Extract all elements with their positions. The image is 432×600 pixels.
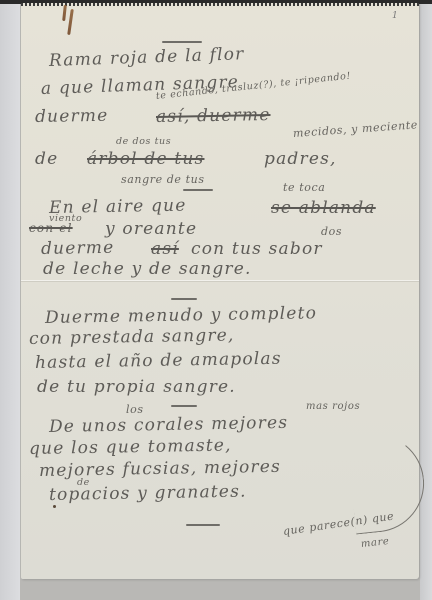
scan-right-margin — [420, 4, 432, 600]
struck-text: se ablanda — [271, 198, 376, 218]
insertion-note: de dos tus — [116, 136, 171, 147]
verse-line-end: padres, — [264, 149, 337, 169]
struck-text: con el — [29, 221, 73, 235]
insertion-note: te toca — [283, 181, 325, 194]
verse-line: topacios y granates. — [49, 482, 247, 505]
section-divider — [186, 524, 220, 526]
manuscript-page: 1 Rama roja de la flor a que llaman sang… — [21, 3, 419, 579]
struck-text: árbol de tus — [87, 149, 204, 169]
section-divider — [171, 405, 197, 407]
perforated-edge — [21, 3, 419, 6]
verse-line: de — [35, 149, 58, 169]
page-marker: 1 — [392, 11, 398, 21]
section-divider — [171, 298, 197, 300]
verse-line: mejores fucsias, mejores — [39, 457, 281, 481]
verse-line: hasta el año de amapolas — [35, 349, 282, 373]
verse-line: Duerme menudo y completo — [45, 303, 317, 328]
verse-line: De unos corales mejores — [49, 413, 289, 437]
insertion-note: mas rojos — [306, 401, 360, 412]
verse-line-end: con tus sabor — [191, 239, 323, 259]
verse-line: de leche y de sangre. — [43, 259, 252, 279]
verse-line: de tu propia sangre. — [37, 377, 236, 397]
verse-line: y oreante — [105, 219, 197, 239]
insertion-note: sangre de tus — [121, 173, 205, 186]
scan-left-margin — [0, 4, 20, 600]
margin-note: mare — [360, 536, 390, 550]
struck-text: así — [151, 239, 179, 259]
ink-spot — [53, 505, 56, 508]
verse-line: que los que tomaste, — [29, 435, 232, 459]
rust-stain — [67, 9, 74, 35]
verse-line: duerme — [35, 106, 109, 127]
section-divider — [183, 189, 213, 191]
verse-line: Rama roja de la flor — [49, 44, 245, 71]
insertion-note: los — [126, 403, 144, 416]
fold-line — [21, 280, 419, 281]
margin-insertion: mecidos, y meciente — [293, 118, 419, 140]
verse-line: duerme — [41, 238, 115, 259]
struck-text: así, duerme — [156, 105, 271, 127]
rust-stain — [62, 5, 67, 21]
insertion-note: dos — [321, 225, 342, 238]
section-divider — [162, 41, 202, 43]
verse-line: con prestada sangre, — [29, 325, 235, 349]
margin-note: que parece(n) que — [282, 509, 395, 537]
